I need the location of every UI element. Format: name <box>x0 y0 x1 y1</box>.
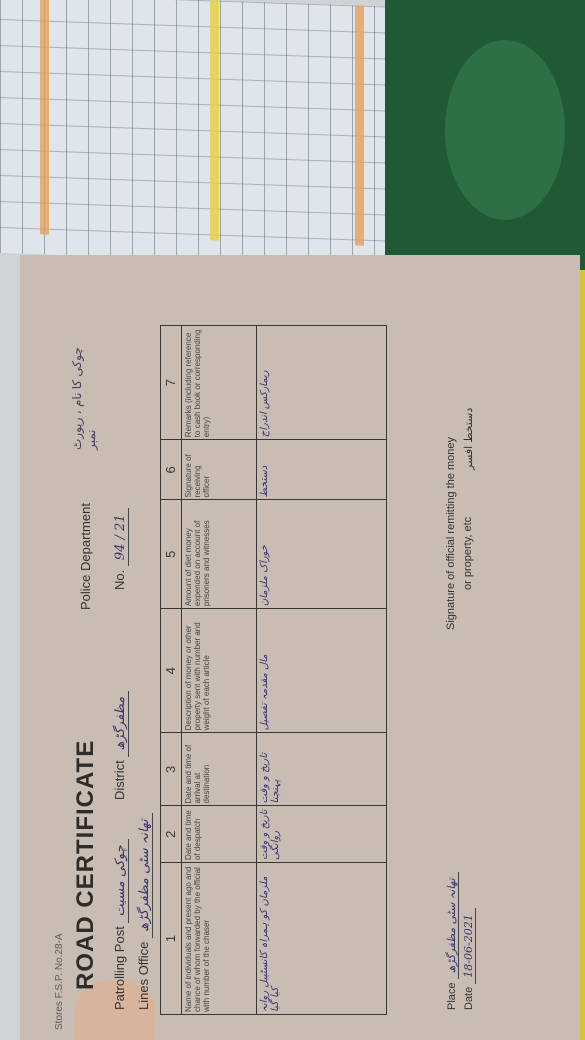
number-field: No. 94 / 21 <box>112 508 128 590</box>
col-2-desc: Date and time of despatch <box>182 806 257 863</box>
col-4-desc: Description of money or other property s… <box>182 609 257 733</box>
urdu-header: چوکی کا نام ، رپورٹ نمبر <box>70 330 98 450</box>
entry-6: دستخط <box>257 440 387 500</box>
col-3-header: 3 <box>161 733 182 806</box>
col-6-desc: Signature of receiving officer <box>182 440 257 500</box>
lines-office-field: Lines Office تھانہ سٹی مظفرگڑھ <box>136 813 152 1010</box>
entry-3: تاریخ و وقت پہنچنا <box>257 733 387 806</box>
entry-2: تاریخ و وقت روانگی <box>257 806 387 863</box>
col-2-header: 2 <box>161 806 182 863</box>
col-3-desc: Date and time of arrival at destination <box>182 733 257 806</box>
date-field: Date 18-06-2021 <box>462 908 475 1010</box>
certificate-table: 1 2 3 4 5 6 7 Name of individuals and pr… <box>160 325 387 1015</box>
col-5-header: 5 <box>161 500 182 609</box>
property-label: or property, etc <box>462 517 474 590</box>
urdu-signature: دستخط افسر <box>462 408 475 470</box>
entry-4: مال مقدمہ تفصیل <box>257 609 387 733</box>
entry-7: ریمارکس اندراج <box>257 326 387 440</box>
entry-5: خوراک ملزمان <box>257 500 387 609</box>
patrolling-post-field: Patrolling Post چوکی مسیت <box>112 839 128 1010</box>
col-5-desc: Amount of diet money expended on account… <box>182 500 257 609</box>
signature-label: Signature of official remitting the mone… <box>445 437 457 630</box>
form-title: ROAD CERTIFICATE <box>72 740 100 990</box>
road-certificate-form: Stores F.S.P. No.28-A ROAD CERTIFICATE P… <box>50 330 470 1030</box>
department-label: Police Department <box>78 503 93 610</box>
col-6-header: 6 <box>161 440 182 500</box>
place-field: Place تھانہ سٹی مظفرگڑھ <box>445 872 458 1010</box>
entry-1: ملزمان کو ہمراہ کانسٹیبل روانہ کیا گیا <box>257 863 387 1015</box>
col-7-desc: Remarks (including reference to cash boo… <box>182 326 257 440</box>
background-register-sheet <box>0 0 400 267</box>
col-1-desc: Name of individuals and present ago and … <box>182 863 257 1015</box>
col-1-header: 1 <box>161 863 182 1015</box>
col-4-header: 4 <box>161 609 182 733</box>
district-field: District مظفرگڑھ <box>112 691 128 800</box>
col-7-header: 7 <box>161 326 182 440</box>
form-stamp: Stores F.S.P. No.28-A <box>54 933 65 1030</box>
